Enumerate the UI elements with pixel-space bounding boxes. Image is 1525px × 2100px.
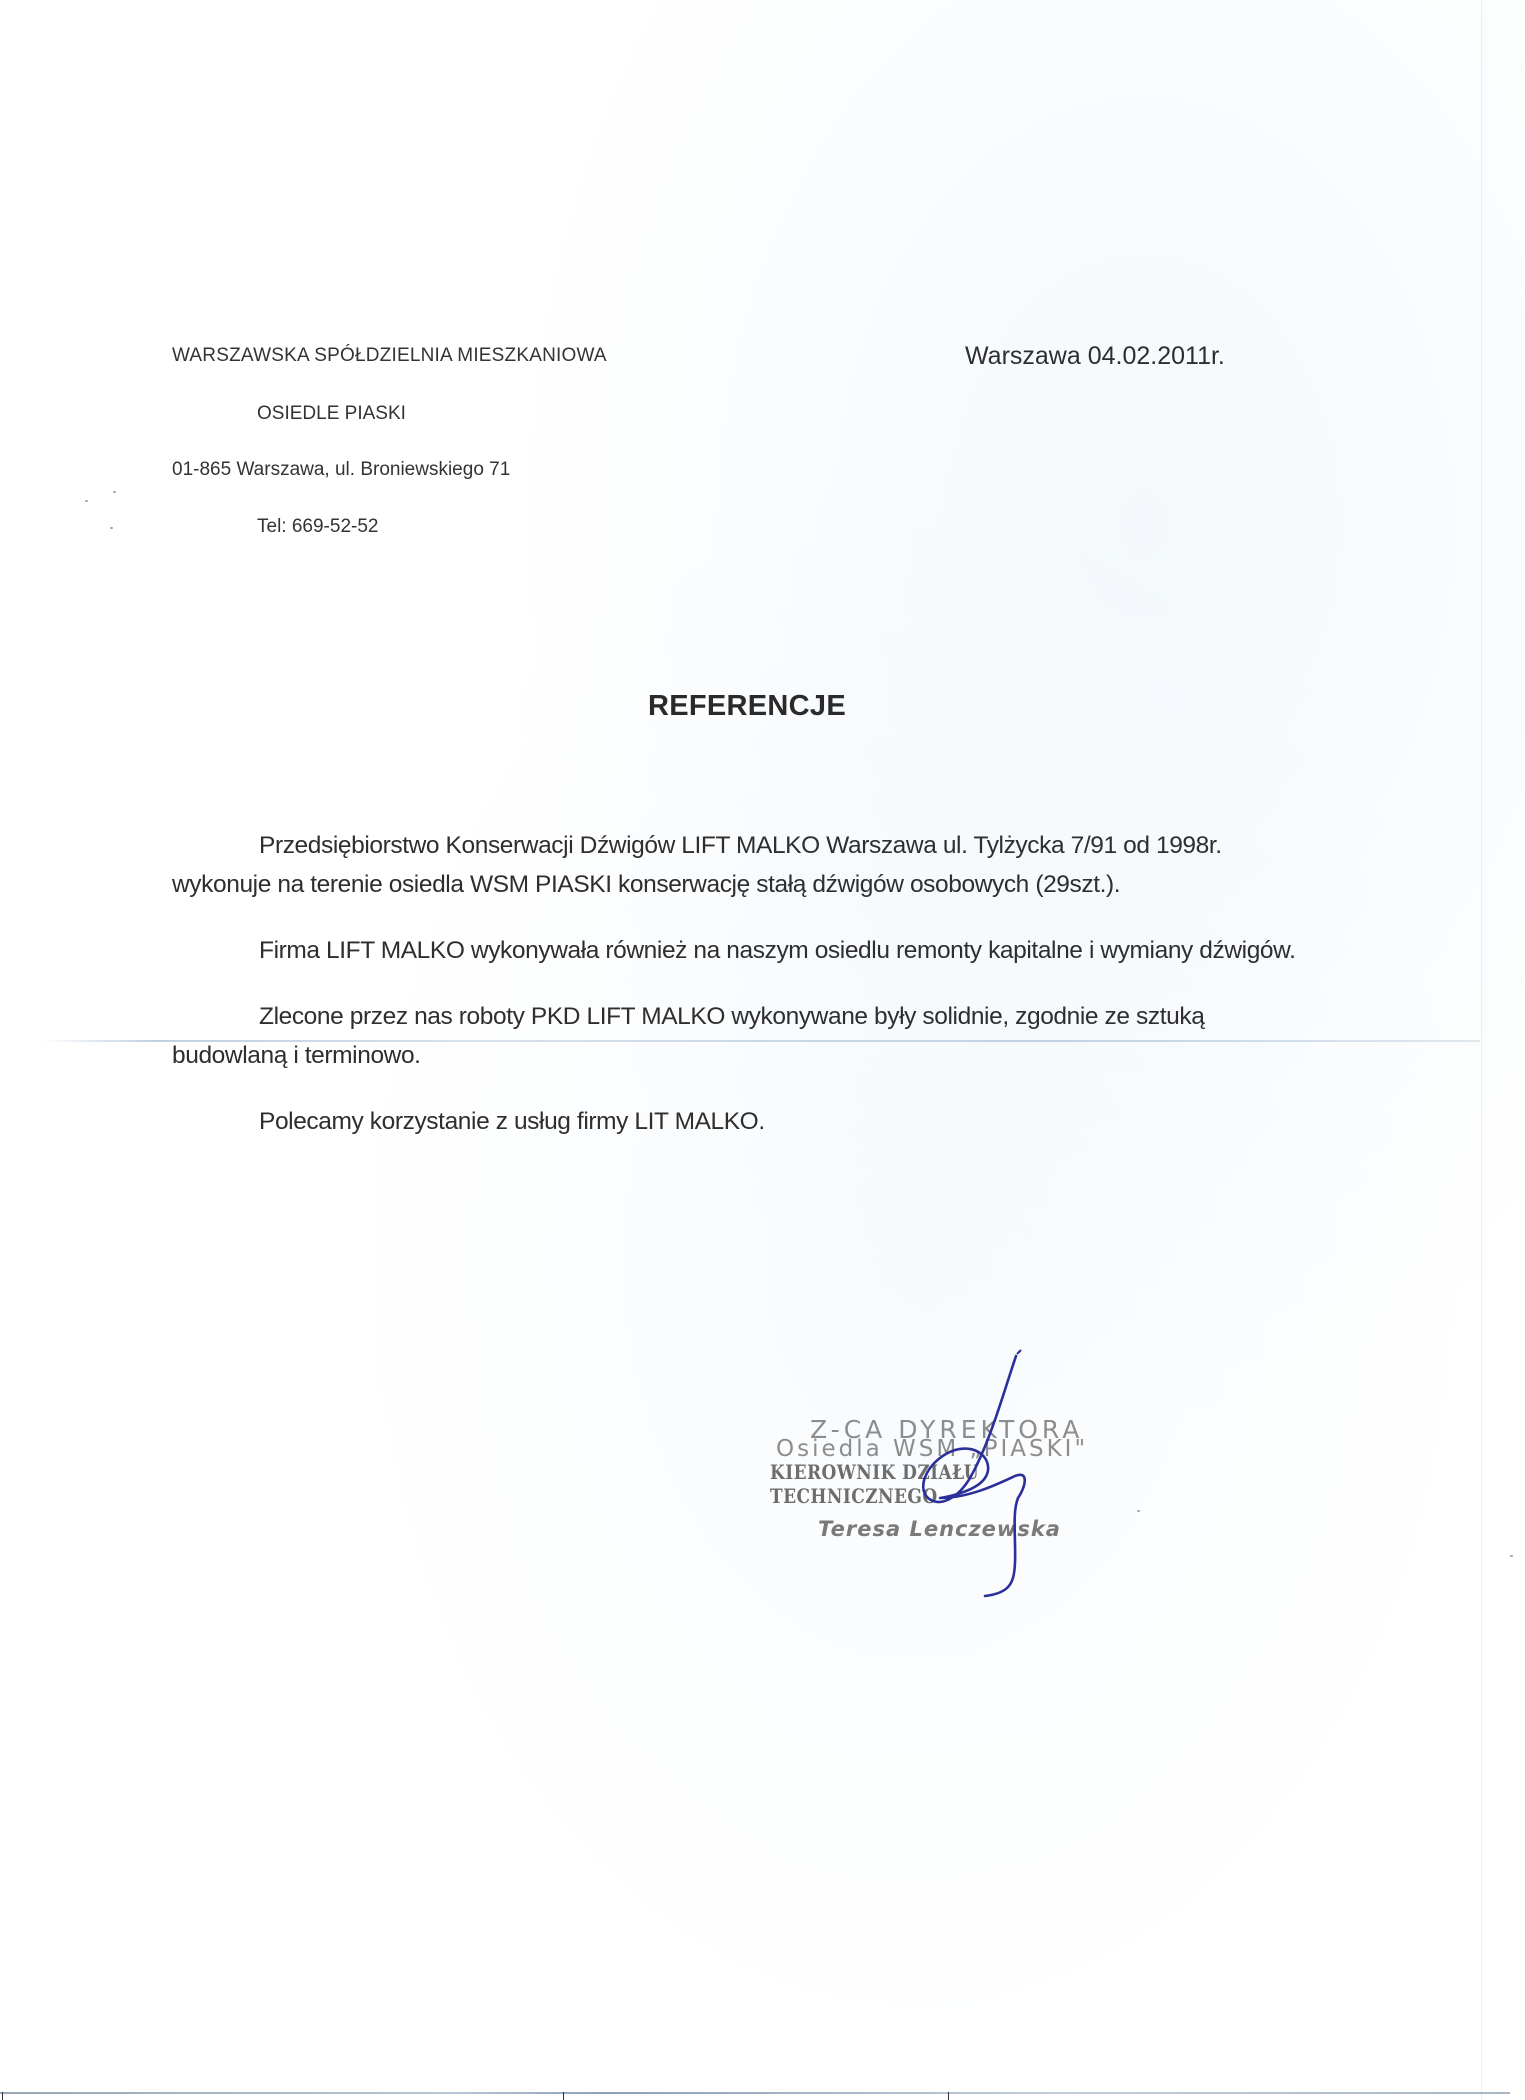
- paragraph-3: Zlecone przez nas roboty PKD LIFT MALKO …: [172, 997, 1302, 1075]
- paragraph-4: Polecamy korzystanie z usług firmy LIT M…: [172, 1102, 1302, 1141]
- sender-address: 01-865 Warszawa, ul. Broniewskiego 71: [172, 459, 510, 481]
- sender-organization: WARSZAWSKA SPÓŁDZIELNIA MIESZKANIOWA: [172, 345, 607, 367]
- scan-tick: [2, 2092, 3, 2100]
- place-and-date: Warszawa 04.02.2011r.: [965, 342, 1225, 371]
- scan-speck: [1137, 1510, 1140, 1512]
- stamp-estate: Osiedla WSM „PIASKI": [776, 1436, 1088, 1462]
- paragraph-2: Firma LIFT MALKO wykonywała również na n…: [172, 931, 1302, 970]
- sender-estate: OSIEDLE PIASKI: [257, 403, 406, 425]
- scan-tick: [948, 2092, 949, 2100]
- stamp-department: KIEROWNIK DZIAŁU TECHNICZNEGO: [770, 1460, 1127, 1508]
- scan-tick: [563, 2092, 564, 2100]
- scan-bottom-edge: [0, 2092, 1510, 2094]
- paragraph-1: Przedsiębiorstwo Konserwacji Dźwigów LIF…: [172, 826, 1302, 904]
- scan-speck: [1510, 1555, 1513, 1557]
- scan-right-edge: [1481, 0, 1482, 2100]
- scan-speck: [85, 500, 88, 502]
- letter-body: Przedsiębiorstwo Konserwacji Dźwigów LIF…: [172, 826, 1302, 1168]
- scan-speck: [110, 527, 113, 529]
- document-title: REFERENCJE: [648, 690, 846, 723]
- scan-speck: [113, 491, 116, 493]
- stamp-signatory-name: Teresa Lenczewska: [818, 1517, 1061, 1541]
- scanned-page: WARSZAWSKA SPÓŁDZIELNIA MIESZKANIOWA OSI…: [0, 0, 1525, 2100]
- sender-phone: Tel: 669-52-52: [257, 516, 378, 538]
